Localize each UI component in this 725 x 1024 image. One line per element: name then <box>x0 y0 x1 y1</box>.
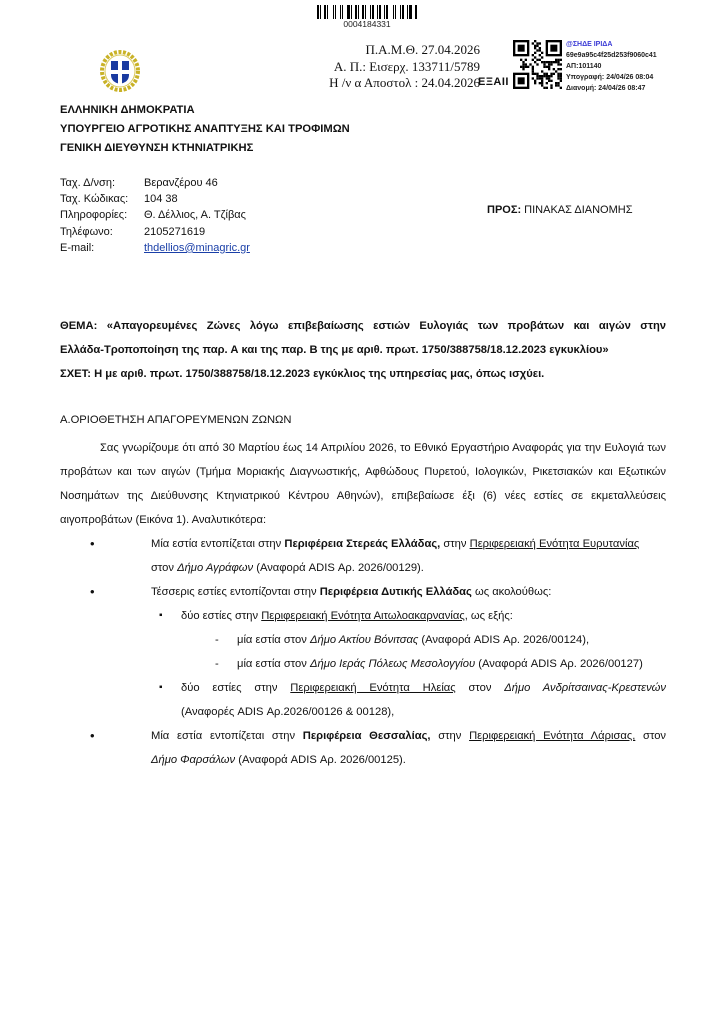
list-item: Μία εστία εντοπίζεται στην Περιφέρεια Θε… <box>118 724 666 772</box>
section-title: Α.ΟΡΙΟΘΕΤΗΣΗ ΑΠΑΓΟΡΕΥΜΕΝΩΝ ΖΩΝΩΝ <box>60 414 292 426</box>
esde-title: @ΣΗΔΕ ΙΡΙΔΑ <box>566 39 657 50</box>
contact-details: Ταχ. Δ/νση:Βερανζέρου 46 Ταχ. Κώδικας:10… <box>60 175 250 256</box>
recipient-value: ΠΙΝΑΚΑΣ ΔΙΑΝΟΜΗΣ <box>524 204 632 216</box>
subject-thema-line2: Ελλάδα-Τροποποίηση της παρ. Α και της πα… <box>60 338 666 362</box>
subject-block: ΘΕΜΑ: «Απαγορευμένες Ζώνες λόγω επιβεβαί… <box>60 314 666 386</box>
recipient: ΠΡΟΣ: ΠΙΝΑΚΑΣ ΔΙΑΝΟΜΗΣ <box>487 204 633 216</box>
organization-header: ΕΛΛΗΝΙΚΗ ΔΗΜΟΚΡΑΤΙΑ ΥΠΟΥΡΓΕΙΟ ΑΓΡΟΤΙΚΗΣ … <box>60 101 350 158</box>
contact-postcode: Ταχ. Κώδικας:104 38 <box>60 191 250 207</box>
subject-thema-line1: ΘΕΜΑ: «Απαγορευμένες Ζώνες λόγω επιβεβαί… <box>60 314 666 338</box>
org-republic: ΕΛΛΗΝΙΚΗ ΔΗΜΟΚΡΑΤΙΑ <box>60 101 350 120</box>
sub-sub-list-item: μία εστία στον Δήμο Ακτίου Βόνιτσας (Ανα… <box>237 628 666 652</box>
stamp-line: Π.Α.Μ.Θ. 27.04.2026 <box>275 42 480 59</box>
recipient-label: ΠΡΟΣ: <box>487 204 521 216</box>
barcode-number: 0004184331 <box>317 19 417 29</box>
intro-paragraph: Σας γνωρίζουμε ότι από 30 Μαρτίου έως 14… <box>60 436 666 532</box>
org-directorate: ΓΕΝΙΚΗ ΔΙΕΥΘΥΝΣΗ ΚΤΗΝΙΑΤΡΙΚΗΣ <box>60 139 350 158</box>
sub-list-item: δύο εστίες στην Περιφερειακή Ενότητα Αιτ… <box>181 604 666 676</box>
sub-list: δύο εστίες στην Περιφερειακή Ενότητα Αιτ… <box>181 604 666 724</box>
contact-address: Ταχ. Δ/νση:Βερανζέρου 46 <box>60 175 250 191</box>
contact-email: E-mail:thdellios@minagric.gr <box>60 240 250 256</box>
b1-sp: στον <box>151 562 177 574</box>
org-ministry: ΥΠΟΥΡΓΕΙΟ ΑΓΡΟΤΙΚΗΣ ΑΝΑΠΤΥΞΗΣ ΚΑΙ ΤΡΟΦΙΜ… <box>60 120 350 139</box>
esde-distributed: Διανομή: 24/04/26 08:47 <box>566 83 657 94</box>
subject-reference: ΣΧΕΤ: Η με αριθ. πρωτ. 1750/388758/18.12… <box>60 362 666 386</box>
contact-info: Πληροφορίες:Θ. Δέλλιος, Α. Τζίβας <box>60 207 250 223</box>
list-item: Τέσσερις εστίες εντοπίζονται στην Περιφέ… <box>118 580 666 724</box>
sub-sub-list-item: μία εστία στον Δήμο Ιεράς Πόλεως Μεσολογ… <box>237 652 666 676</box>
esde-hash: 69e9a95c4f25d253f9060c41 <box>566 50 657 61</box>
greek-coat-of-arms-icon <box>100 50 140 92</box>
email-link[interactable]: thdellios@minagric.gr <box>144 240 250 256</box>
esde-signed: Υπογραφή: 24/04/26 08:04 <box>566 72 657 83</box>
protocol-stamp: Π.Α.Μ.Θ. 27.04.2026 Α. Π.: Εισερχ. 13371… <box>275 42 480 92</box>
stamp-line: Α. Π.: Εισερχ. 133711/5789 <box>275 59 480 76</box>
qr-code-icon <box>513 40 562 89</box>
contact-phone: Τηλέφωνο:2105271619 <box>60 224 250 240</box>
urgency-label: ΕΞΑΙΙ <box>478 76 509 88</box>
esde-info: @ΣΗΔΕ ΙΡΙΔΑ 69e9a95c4f25d253f9060c41 ΑΠ:… <box>566 39 657 94</box>
esde-ap: ΑΠ:101140 <box>566 61 657 72</box>
document-body: Σας γνωρίζουμε ότι από 30 Μαρτίου έως 14… <box>60 436 666 772</box>
list-item: Μία εστία εντοπίζεται στην Περιφέρεια Στ… <box>118 532 666 580</box>
outbreak-list: Μία εστία εντοπίζεται στην Περιφέρεια Στ… <box>60 532 666 772</box>
stamp-line: Η /ν α Αποστολ : 24.04.2026 <box>275 75 480 92</box>
barcode <box>317 5 417 19</box>
sub-sub-list: μία εστία στον Δήμο Ακτίου Βόνιτσας (Ανα… <box>181 628 666 676</box>
sub-list-item: δύο εστίες στην Περιφερειακή Ενότητα Ηλε… <box>181 676 666 724</box>
